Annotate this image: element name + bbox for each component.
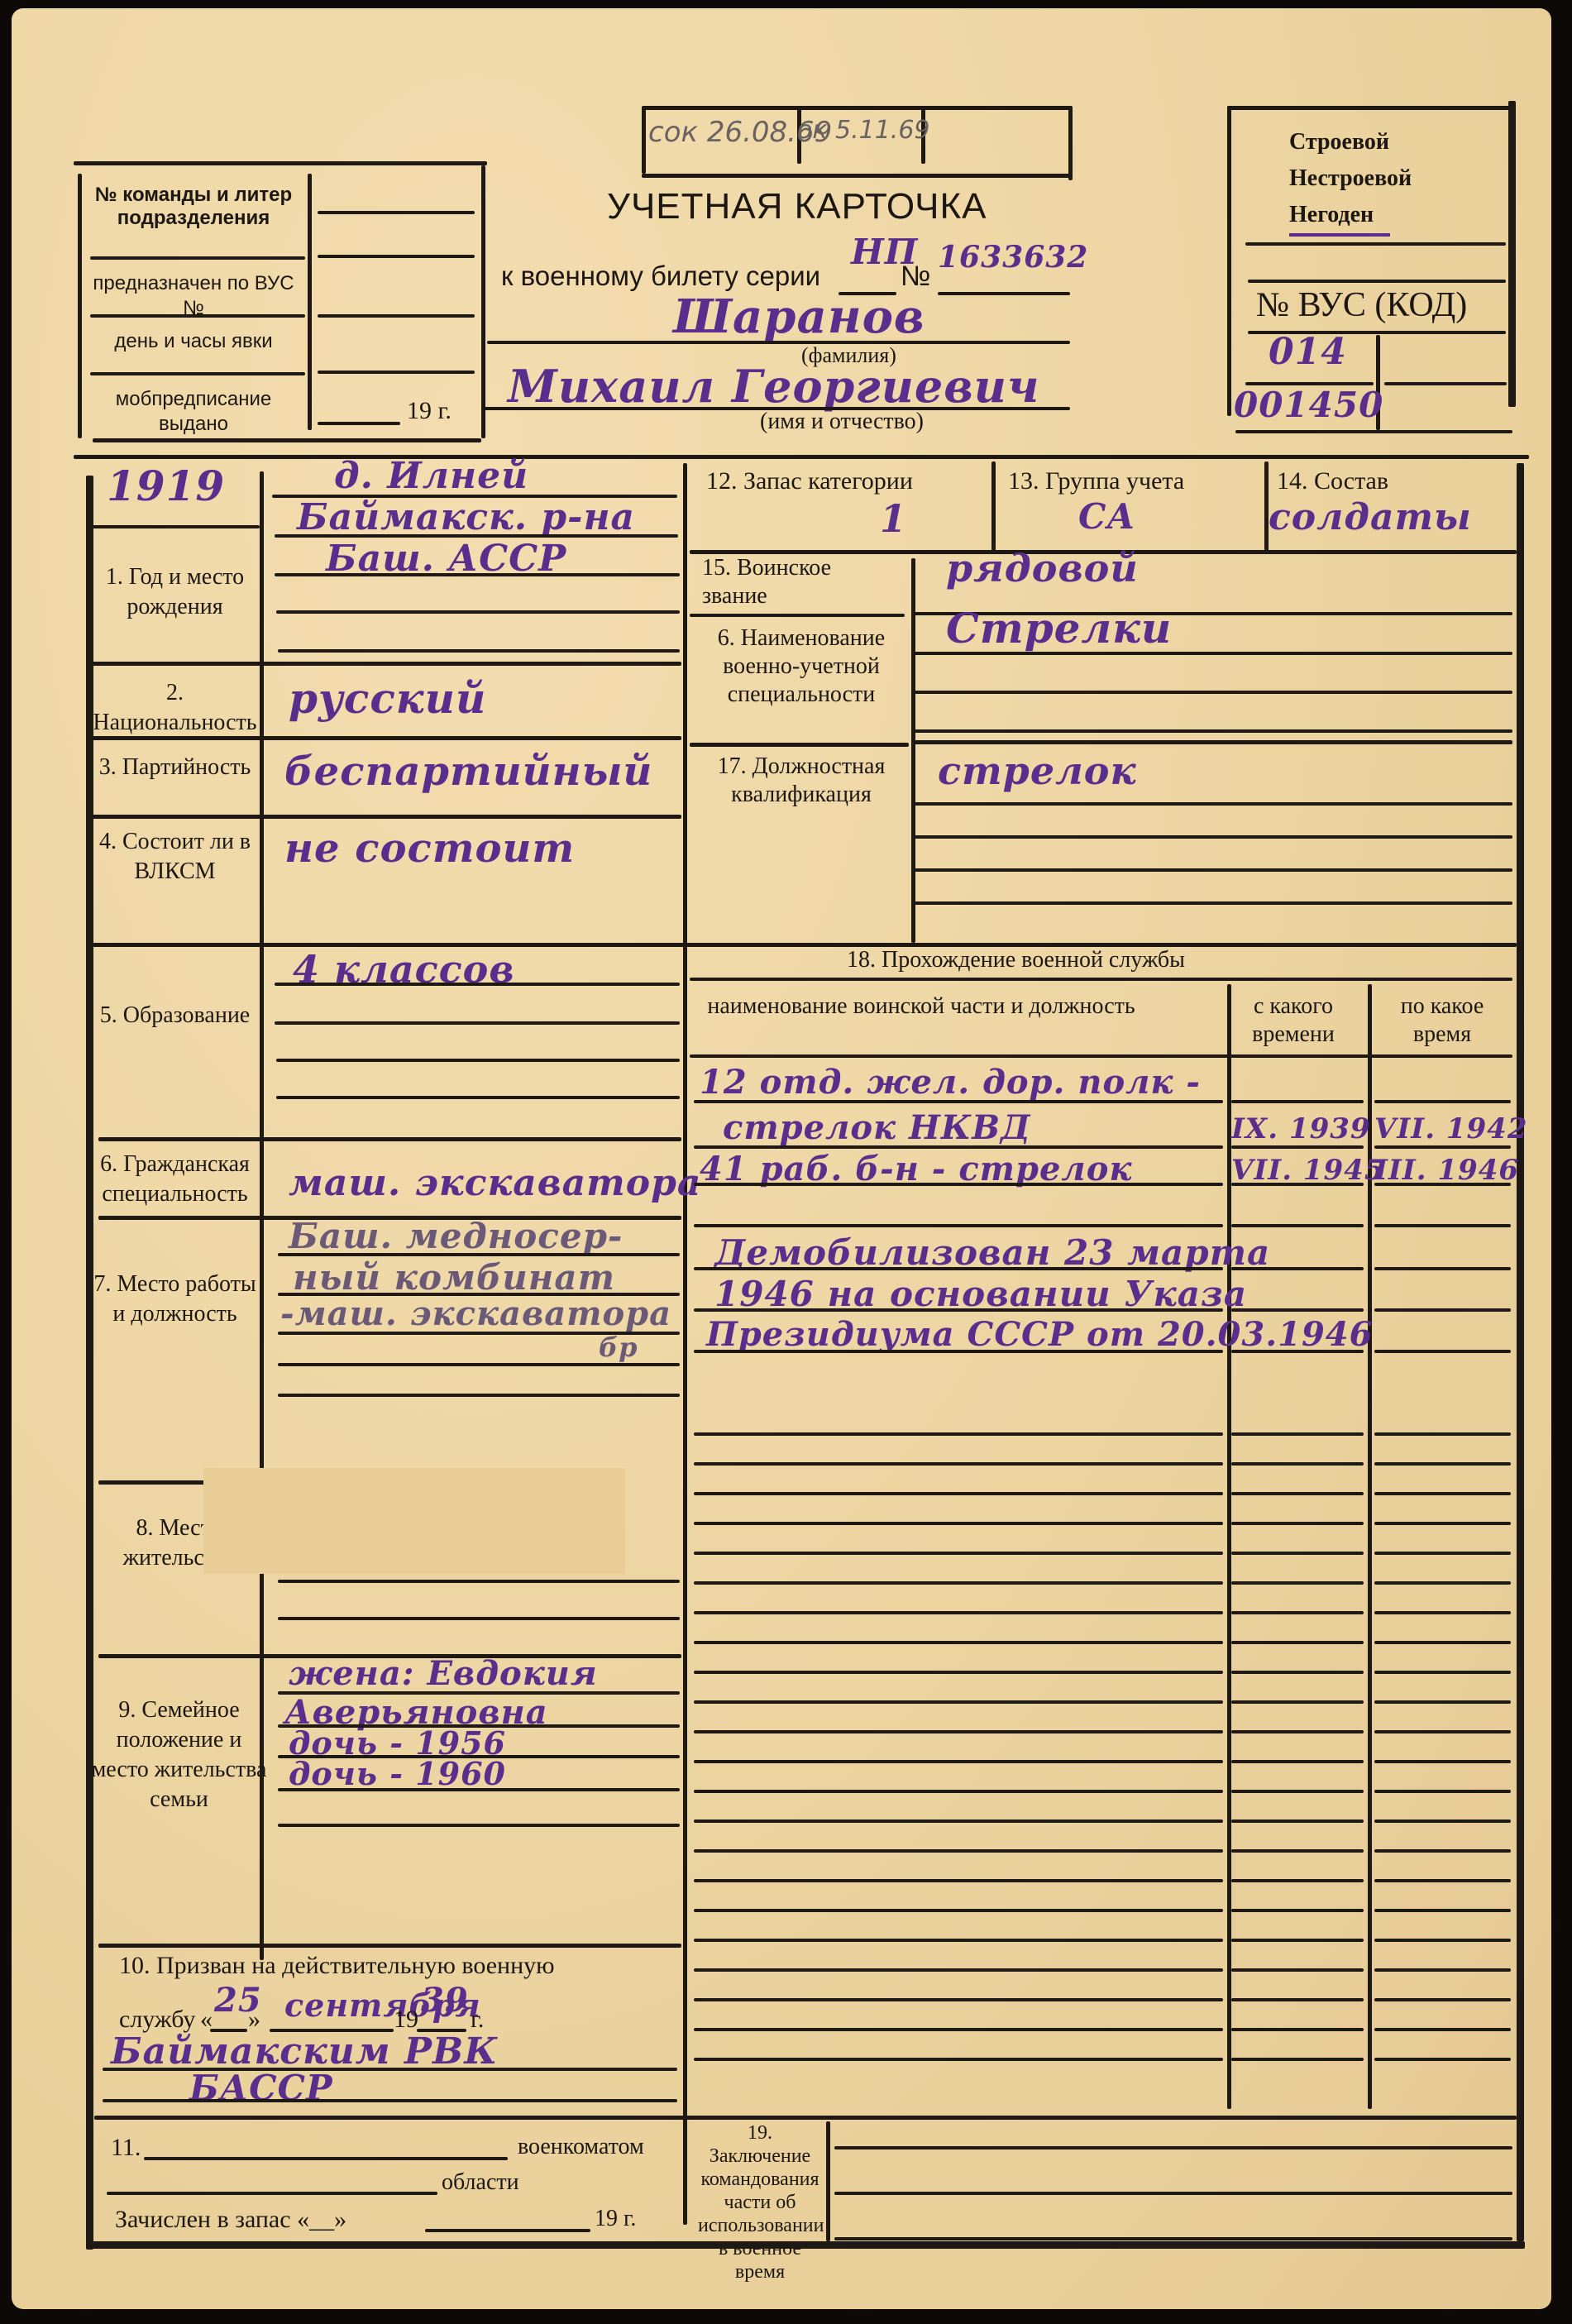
ruled-line (694, 1432, 1223, 1436)
ruled-line (1231, 1760, 1364, 1763)
blank-line (913, 802, 1512, 806)
fitness-option-combat: Строевой (1289, 124, 1412, 160)
ruled-line (1231, 1462, 1364, 1466)
family-label: 9. Семейное положение и место жительства… (90, 1695, 268, 1815)
ruled-line (694, 1998, 1223, 2001)
drafted-by-line-1: Баймакским РВК (111, 2030, 498, 2073)
blank-line (913, 729, 1512, 733)
ruled-line (1231, 1267, 1364, 1270)
blank-line (913, 835, 1512, 839)
blank-line (913, 652, 1512, 655)
blank-line (144, 2157, 508, 2160)
reserve-number: 11. (111, 2134, 141, 2162)
ruled-line (694, 1790, 1223, 1793)
workplace-line-2: ный комбинат (293, 1257, 615, 1298)
service-col-unit: наименование воинской части и должность (706, 992, 1136, 1021)
ruled-line (1231, 1998, 1364, 2001)
ruled-line (1374, 1849, 1511, 1853)
ruled-line (694, 1760, 1223, 1763)
name-patronymic: Михаил Георгиевич (508, 360, 1040, 413)
ruled-line (694, 1641, 1223, 1644)
ruled-line (1374, 1462, 1511, 1466)
ruled-line (1374, 1998, 1511, 2001)
ruled-line (1374, 1790, 1511, 1793)
ruled-line (1374, 1939, 1511, 1942)
ruled-line (694, 1700, 1223, 1704)
composition-label: 14. Состав (1277, 467, 1388, 495)
ruled-line (1231, 1820, 1364, 1823)
ruled-line (694, 1350, 1223, 1353)
divider (690, 1054, 1512, 1058)
blank-line (834, 2237, 1512, 2240)
section-divider (90, 736, 681, 740)
main-frame-right (1517, 463, 1524, 2241)
section-divider (90, 662, 681, 666)
blank-line (913, 901, 1512, 905)
ruled-line (1231, 1492, 1364, 1495)
military-registration-card: сок 26.08.69 ок 5.11.69 № команды и лите… (12, 8, 1551, 2309)
service-col-to: по какое время (1372, 992, 1512, 1049)
blank-line (318, 371, 475, 374)
ruled-line (1231, 1308, 1364, 1312)
redacted-residence (203, 1468, 625, 1574)
ruled-line (1231, 1350, 1364, 1353)
blank-line (278, 649, 680, 653)
service-section-label: 18. Прохождение военной службы (847, 947, 1185, 973)
ruled-line (694, 1730, 1223, 1733)
blank-line (913, 691, 1512, 694)
nationality: русский (289, 674, 486, 723)
middle-divider (683, 463, 687, 2225)
divider (1235, 430, 1512, 433)
ruled-line (1231, 1700, 1364, 1704)
ruled-line (1374, 1879, 1511, 1882)
divider (90, 372, 305, 375)
ruled-line (1374, 1820, 1511, 1823)
composition: солдаты (1269, 496, 1472, 538)
ruled-line (694, 1552, 1223, 1555)
ruled-line (1374, 1224, 1511, 1227)
ruled-line (1374, 1267, 1511, 1270)
quote-close: » (248, 2006, 260, 2034)
ruled-line (1374, 1308, 1511, 1312)
ruled-line (1374, 1581, 1511, 1585)
divider (1384, 382, 1507, 385)
service-row-7-unit: Президиума СССР от 20.03.1946 (706, 1315, 1373, 1354)
blank-line (318, 422, 400, 425)
ruled-line (1231, 1671, 1364, 1674)
workplace-label: 7. Место работы и должность (90, 1270, 260, 1329)
ticket-prefix: к военному билету серии (501, 261, 820, 292)
ruled-line (694, 2028, 1223, 2031)
service-col-from: с какого времени (1231, 992, 1355, 1049)
top-left-box-divider (308, 174, 312, 430)
family-line-4: дочь - 1960 (289, 1755, 506, 1792)
divider (90, 525, 260, 528)
rank-label: 15. Воинское звание (702, 554, 901, 610)
divider (690, 743, 909, 747)
ruled-line (1231, 1849, 1364, 1853)
divider (90, 256, 305, 260)
drafted-year-prefix: 19 (394, 2006, 418, 2034)
ruled-line (694, 1100, 1223, 1103)
blank-line (913, 868, 1512, 872)
ruled-line (1374, 1552, 1511, 1555)
fitness-box-right (1508, 101, 1516, 407)
label-mob-order: мобпредписание выдано (82, 387, 305, 437)
civil-spec-label: 6. Гражданская специальность (90, 1150, 260, 1209)
blank-line (834, 2146, 1512, 2149)
ruled-line (694, 1611, 1223, 1614)
name-caption: (имя и отчество) (760, 409, 924, 435)
service-row-2-from: IX. 1939 (1231, 1112, 1371, 1145)
top-left-box-right (481, 165, 485, 438)
main-frame-top (74, 455, 1529, 459)
ruled-line (1231, 1552, 1364, 1555)
ruled-line (694, 1939, 1223, 1942)
ruled-line (694, 1879, 1223, 1882)
ruled-line (1374, 1611, 1511, 1614)
komsomol-label: 4. Состоит ли в ВЛКСМ (90, 827, 260, 887)
stamp-box-border-right (1068, 106, 1073, 180)
stamp-box-border-top (642, 106, 1072, 110)
reserve-year: 19 г. (595, 2206, 636, 2232)
rank: рядовой (946, 546, 1139, 591)
family-line-1: жена: Евдокия (289, 1654, 598, 1693)
blank-line (275, 983, 680, 986)
service-row-3-to: III. 1946 (1374, 1154, 1519, 1187)
conclusion-label: 19. Заключение командования части об исп… (698, 2121, 822, 2283)
ruled-line (1231, 1581, 1364, 1585)
conclusion-divider (826, 2121, 830, 2241)
ruled-line (1231, 2028, 1364, 2031)
workplace-line-3: -маш. экскаватора (280, 1294, 671, 1333)
drafted-label: 10. Призван на действительную военную (119, 1952, 555, 1980)
ruled-line (1231, 1145, 1364, 1149)
blank-line (278, 1617, 680, 1620)
fitness-options: Строевой Нестроевой Негоден (1289, 124, 1412, 237)
service-row-1-unit: 12 отд. жел. дор. полк - (700, 1063, 1201, 1102)
ruled-line (694, 1462, 1223, 1466)
pencil-mark-right: ок 5.11.69 (797, 116, 930, 145)
workplace-line-4: бр (599, 1332, 638, 1363)
section-divider (98, 1137, 681, 1141)
reserve-voenkomat: военкоматом (518, 2134, 644, 2160)
ruled-line (1231, 1879, 1364, 1882)
ruled-line (694, 1492, 1223, 1495)
blank-line (278, 1824, 680, 1827)
vus-label: № ВУС (КОД) (1256, 285, 1467, 325)
blank-line (318, 211, 475, 214)
divider (690, 614, 905, 617)
ruled-line (694, 1909, 1223, 1912)
party: беспартийный (284, 748, 652, 795)
ruled-line (1374, 1522, 1511, 1525)
ruled-line (694, 1968, 1223, 1972)
military-spec: Стрелки (946, 604, 1172, 653)
ruled-line (1231, 1641, 1364, 1644)
ruled-line (1374, 1492, 1511, 1495)
blank-line (278, 1580, 680, 1583)
ruled-line (1231, 1100, 1364, 1103)
account-group-label: 13. Группа учета (1008, 467, 1184, 495)
birth-place-line-2: Баймакск. р-на (297, 496, 635, 538)
ruled-line (1231, 1909, 1364, 1912)
ruled-line (1374, 2028, 1511, 2031)
drafted-year-suffix: г. (471, 2006, 484, 2034)
blank-line (425, 2229, 590, 2232)
ruled-line (1374, 1100, 1511, 1103)
top-left-box-bottom (93, 438, 481, 442)
service-divider-2 (1368, 984, 1372, 2109)
section-divider (913, 740, 1512, 744)
stamp-box-border-bottom (642, 174, 1072, 178)
drafted-service-word: службу (119, 2006, 195, 2034)
top-left-box-top (74, 161, 487, 165)
ruled-line (1231, 1730, 1364, 1733)
mob-order-year: 19 г. (407, 397, 452, 425)
ruled-line (694, 1820, 1223, 1823)
section-divider (98, 1944, 681, 1948)
reserve-category: 1 (880, 496, 907, 541)
ruled-line (1231, 1183, 1364, 1186)
ruled-line (1374, 1432, 1511, 1436)
ruled-line (694, 1267, 1223, 1270)
ticket-number-label: № (901, 261, 930, 293)
ruled-line (1231, 1224, 1364, 1227)
number-line (938, 292, 1070, 295)
service-row-2-unit: стрелок НКВД (723, 1108, 1031, 1147)
surname: Шаранов (673, 289, 925, 344)
blank-line (278, 1253, 680, 1256)
ruled-line (1374, 1700, 1511, 1704)
service-row-3-from: VII. 1945 (1231, 1154, 1385, 1187)
reserve-oblast: области (442, 2169, 519, 2196)
ruled-line (1374, 1350, 1511, 1353)
label-vus-assigned: предназначен по ВУС № (86, 271, 301, 321)
blank-line (275, 1021, 680, 1025)
fitness-option-unfit: Негоден (1289, 197, 1390, 237)
section-divider (90, 815, 681, 819)
label-report-day: день и часы явки (86, 329, 301, 354)
blank-line (318, 314, 475, 318)
ticket-number: 1633632 (938, 240, 1088, 275)
blank-line (276, 610, 680, 614)
ruled-line (1374, 1909, 1511, 1912)
fitness-box-top (1227, 106, 1512, 110)
workplace-line-1: Баш. медносер- (289, 1216, 623, 1256)
surname-line (487, 341, 1070, 344)
ruled-line (1374, 1641, 1511, 1644)
ruled-line (1231, 1968, 1364, 1972)
blank-line (276, 1059, 680, 1062)
reserve-enlisted: Зачислен в запас «__» (115, 2206, 346, 2234)
ruled-line (694, 1224, 1223, 1227)
ruled-line (1231, 1432, 1364, 1436)
blank-line (103, 2099, 677, 2102)
ruled-line (1374, 1145, 1511, 1149)
blank-line (278, 1394, 680, 1397)
ruled-line (1231, 2058, 1364, 2061)
nationality-label: 2. Национальность (90, 678, 260, 738)
blank-line (318, 255, 475, 258)
ruled-line (694, 2058, 1223, 2061)
ruled-line (694, 1145, 1223, 1149)
right-label-divider (911, 558, 915, 943)
blank-line (834, 2192, 1512, 2195)
komsomol: не состоит (284, 825, 575, 872)
education-label: 5. Образование (90, 1001, 260, 1030)
section-divider (94, 2116, 1517, 2120)
account-group: СА (1078, 496, 1136, 537)
ruled-line (1374, 1183, 1511, 1186)
party-label: 3. Партийность (90, 753, 260, 782)
qualification: стрелок (938, 748, 1137, 793)
birth-place-line-1: д. Илней (334, 455, 528, 497)
ruled-line (1374, 1968, 1511, 1972)
divider (90, 314, 305, 318)
ruled-line (694, 1671, 1223, 1674)
divider (1245, 242, 1506, 246)
ruled-line (1231, 1790, 1364, 1793)
blank-line (275, 573, 680, 576)
fitness-box-left (1227, 106, 1231, 416)
ruled-line (1231, 1939, 1364, 1942)
ruled-line (1374, 1671, 1511, 1674)
vus-code: 014 (1269, 331, 1347, 373)
blank-line (276, 1096, 680, 1099)
drafted-year: 39 (421, 1981, 469, 2020)
military-spec-label: 6. Наименование военно-учетной специальн… (698, 624, 905, 709)
divider (690, 978, 1512, 981)
service-row-2-to: VII. 1942 (1374, 1112, 1528, 1145)
ruled-line (1374, 2058, 1511, 2061)
vus-extra: 001450 (1234, 385, 1383, 425)
qualification-label: 17. Должностная квалификация (698, 753, 905, 809)
blank-line (278, 1363, 680, 1366)
main-frame-left (86, 476, 93, 2250)
ruled-line (1374, 1730, 1511, 1733)
ruled-line (694, 1522, 1223, 1525)
label-team-number: № команды и литер подразделения (86, 184, 301, 230)
divider (1248, 280, 1506, 283)
ruled-line (694, 1849, 1223, 1853)
ruled-line (694, 1183, 1223, 1186)
fitness-option-noncombat: Нестроевой (1289, 160, 1412, 197)
birth-label: 1. Год и место рождения (90, 562, 260, 622)
blank-line (278, 1788, 680, 1791)
page-title: УЧЕТНАЯ КАРТОЧКА (607, 186, 987, 227)
ruled-line (1231, 1522, 1364, 1525)
ruled-line (694, 1581, 1223, 1585)
ruled-line (1231, 1611, 1364, 1614)
blank-line (107, 2192, 437, 2195)
col-divider-12-13 (991, 461, 996, 551)
reserve-category-label: 12. Запас категории (706, 467, 913, 495)
ruled-line (694, 1308, 1223, 1312)
stamp-box-border-left (642, 108, 646, 174)
birth-year: 1919 (107, 461, 225, 510)
civil-spec: маш. экскаватора (289, 1162, 701, 1204)
ruled-line (1374, 1760, 1511, 1763)
